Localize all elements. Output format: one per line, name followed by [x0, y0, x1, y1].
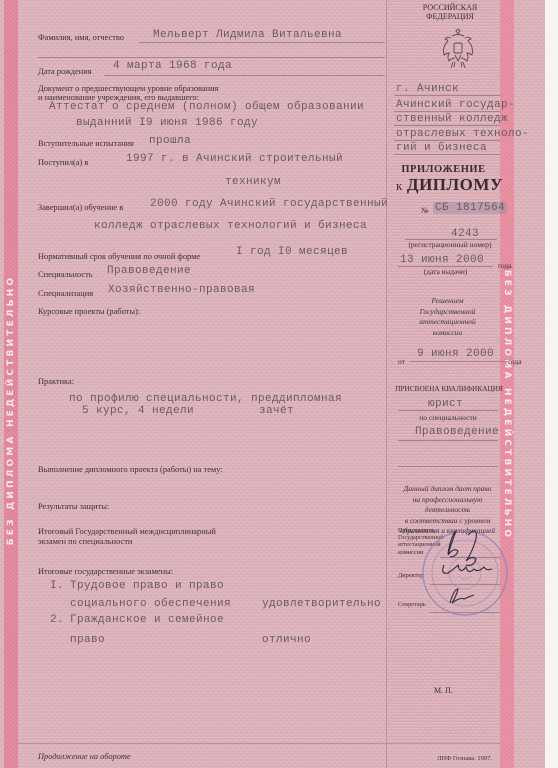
exam-1-name-2: социального обеспечения	[70, 598, 231, 610]
duration-label: Нормативный срок обучения по очной форме	[38, 252, 200, 261]
name-line-2	[38, 57, 385, 58]
practice-duration: 5 курс, 4 недели	[82, 405, 194, 417]
name-label: Фамилия, имя, отчество	[38, 33, 124, 42]
qualification-line	[398, 410, 498, 411]
commission-line-4: комиссии	[395, 328, 500, 339]
birth-date-value: 4 марта 1968 года	[113, 60, 232, 72]
exam-2-name-2: право	[70, 634, 105, 646]
registration-caption: (регистрационный номер)	[400, 240, 500, 249]
issuer-name-2: ственный колледж	[396, 113, 508, 125]
interdisciplinary-exam-label-2: экзамен по специальности	[38, 537, 132, 546]
prior-education-value-2: выданний I9 июня 1986 году	[76, 117, 258, 129]
interdisciplinary-exam-label: Итоговый Государственный междисциплинарн…	[38, 527, 216, 536]
exam-1-grade: удовлетворительно	[262, 598, 381, 610]
specialization-label: Специализация	[38, 289, 93, 298]
practice-label: Практика:	[38, 377, 74, 386]
defense-results-label: Результаты защиты:	[38, 502, 109, 511]
blank-line-1	[398, 466, 498, 467]
printer-note: ЛПФ Гознака. 1997.	[437, 755, 492, 762]
practice-grade: зачёт	[259, 405, 294, 417]
issuer-name-3: отраслевых техноло-	[396, 128, 529, 140]
rights-note-line-1: Данный диплом дает право	[395, 484, 500, 495]
issuer-line-4	[394, 140, 500, 141]
diploma-title-prefix: к	[396, 178, 403, 193]
security-band-left: БЕЗ ДИПЛОМА НЕДЕЙСТВИТЕЛЬНО	[4, 0, 18, 768]
column-divider	[386, 0, 387, 768]
birth-date-label: Дата рождения	[38, 67, 92, 76]
qualification-value: юрист	[428, 398, 463, 410]
commission-from-label: от	[398, 357, 405, 366]
commission-date-value: 9 июня 2000	[417, 348, 494, 360]
diploma-title: кДИПЛОМУ	[387, 175, 512, 195]
birth-date-line	[104, 75, 385, 76]
issuer-line-3	[394, 125, 500, 126]
qualification-specialty-value: Правоведение	[415, 426, 499, 438]
qualification-specialty-label: по специальности	[398, 413, 498, 422]
stamp-place-label: М. П.	[434, 686, 453, 695]
issuer-line-5	[394, 154, 500, 155]
rights-note-line-2: на профессиональную деятельность	[395, 495, 500, 516]
commission-date-suffix: года	[508, 357, 522, 366]
country-line-2: ФЕДЕРАЦИЯ	[400, 12, 500, 21]
enrolled-value-2: техникум	[225, 176, 281, 188]
qualification-specialty-line	[398, 440, 498, 441]
issuer-line-1	[394, 95, 500, 96]
commission-line-1: Решением	[395, 296, 500, 307]
specialization-value: Хозяйственно-правовая	[108, 284, 255, 296]
supplement-title: ПРИЛОЖЕНИЕ	[387, 164, 500, 175]
country-line-1: РОССИЙСКАЯ	[400, 3, 500, 12]
finished-value: 2000 году Ачинский государственный	[150, 198, 388, 210]
security-band-text: БЕЗ ДИПЛОМА НЕДЕЙСТВИТЕЛЬНО	[6, 275, 16, 546]
name-value: Мельверт Лидмила Витальевна	[153, 29, 342, 41]
enrolled-value: 1997 г. в Ачинский строительный	[126, 153, 343, 165]
specialty-value: Правоведение	[107, 265, 191, 277]
diploma-supplement-sheet: БЕЗ ДИПЛОМА НЕДЕЙСТВИТЕЛЬНО БЕЗ ДИПЛОМА …	[0, 0, 545, 768]
issue-date-caption: (дата выдачи)	[398, 267, 493, 276]
serial-number-value: СБ 1817564	[433, 202, 507, 214]
finished-label: Завершил(а) обучение в	[38, 203, 123, 212]
country-name: РОССИЙСКАЯ ФЕДЕРАЦИЯ	[400, 3, 500, 21]
commission-date-line	[410, 361, 507, 362]
coursework-label: Курсовые проекты (работы):	[38, 307, 140, 316]
security-band-text: БЕЗ ДИПЛОМА НЕДЕЙСТВИТЕЛЬНО	[502, 270, 512, 541]
entrance-exams-label: Вступительные испытания	[38, 139, 134, 148]
issuer-city: г. Ачинск	[396, 83, 459, 95]
exam-1-number: I.	[50, 580, 64, 592]
finished-value-2: колледж отраслевых технологий и бизнеса	[94, 220, 367, 232]
final-exams-label: Итоговые государственные экзамены:	[38, 567, 173, 576]
thesis-label: Выполнение дипломного проекта (работы) н…	[38, 465, 223, 474]
duration-value: I год I0 месяцев	[236, 246, 348, 258]
prior-education-value: Аттестат о среднем (полном) общем образо…	[49, 101, 364, 113]
commission-line-2: Государственной	[395, 307, 500, 318]
exam-2-name: Гражданское и семейное	[70, 614, 224, 626]
exam-2-number: 2.	[50, 614, 64, 626]
specialty-label: Специальность	[38, 270, 93, 279]
prior-education-label: Документ о предшествующем уровне образов…	[38, 84, 218, 93]
commission-decision: Решением Государственной аттестационной …	[395, 296, 500, 338]
issue-date-suffix: года	[498, 261, 512, 270]
double-headed-eagle-emblem-icon	[441, 28, 475, 72]
signatures-icon	[418, 525, 500, 615]
footer-divider	[18, 743, 500, 744]
diploma-title-word: ДИПЛОМУ	[407, 175, 503, 194]
exam-1-name: Трудовое право и право	[70, 580, 224, 592]
name-line	[139, 42, 385, 43]
issuer-name-4: гий и бизнеса	[396, 142, 487, 154]
issuer-line-2	[394, 111, 500, 112]
entrance-exams-value: прошла	[149, 135, 191, 147]
issuer-name-1: Ачинский государ-	[396, 99, 515, 111]
practice-value: по профилю специальности, преддипломная	[69, 393, 342, 405]
exam-2-grade: отлично	[262, 634, 311, 646]
continued-note: Продолжение на обороте	[38, 752, 131, 761]
issue-date-value: 13 июня 2000	[400, 254, 484, 266]
serial-number-label: №	[421, 206, 429, 215]
enrolled-label: Поступил(а) в	[38, 158, 88, 167]
commission-line-3: аттестационной	[395, 317, 500, 328]
qualification-label: ПРИСВОЕНА КВАЛИФИКАЦИЯ	[395, 384, 503, 393]
